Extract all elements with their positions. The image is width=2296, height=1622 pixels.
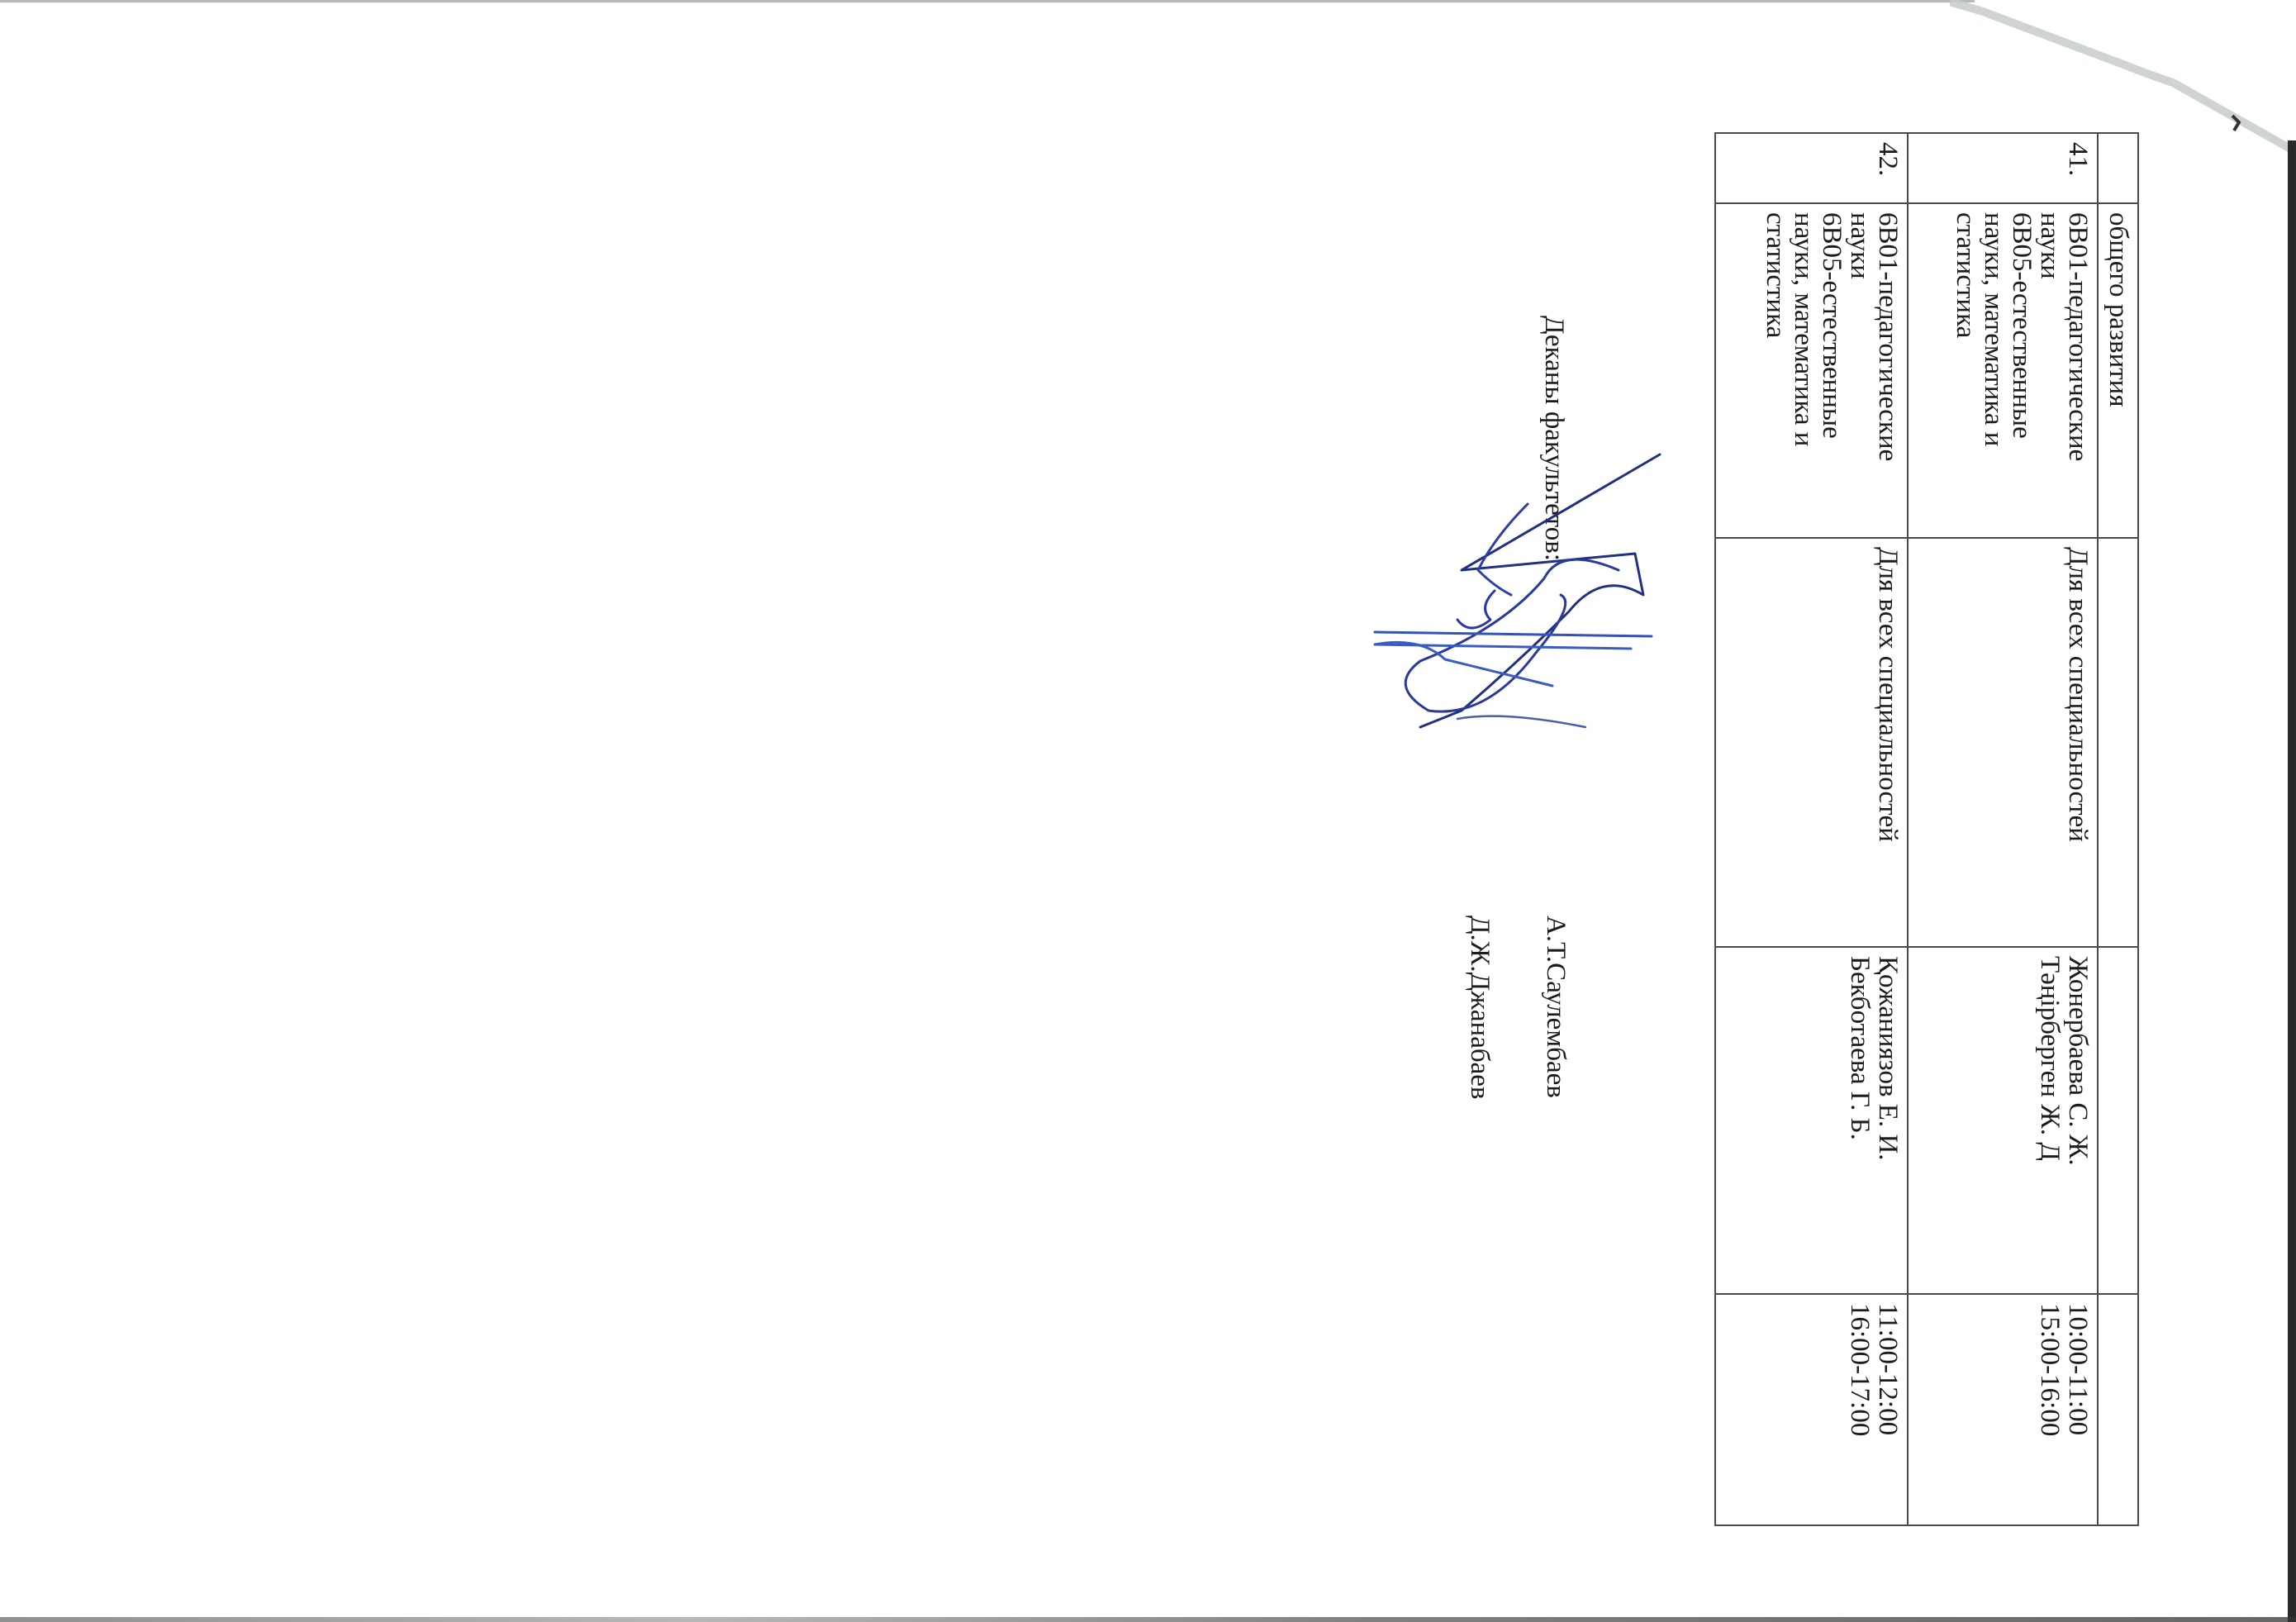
consultation-schedule-table: общего развития 41. 6В01-педагогические … bbox=[1714, 132, 2139, 1526]
cell-number bbox=[2098, 133, 2138, 203]
dean-name: А.Т.Саулембаев bbox=[1540, 916, 1571, 1098]
teacher-name: Бекботаева Г. Б. bbox=[1846, 956, 1874, 1285]
program-line: науки bbox=[2036, 212, 2064, 529]
program-line: 6В01-педагогические bbox=[1874, 212, 1902, 529]
program-line: статистика bbox=[1951, 212, 1980, 529]
program-line: 6В05-естественные bbox=[1818, 212, 1846, 529]
cell-teachers: Жонербаева С. Ж. Тәңірберген Ж. Д bbox=[1908, 947, 2098, 1294]
document-page: общего развития 41. 6В01-педагогические … bbox=[0, 0, 2296, 1622]
program-line: науки, математика и bbox=[1980, 212, 2008, 529]
cell-specialty: Для всех специальностей bbox=[1715, 538, 1908, 947]
time-slot: 10:00-11:00 bbox=[2064, 1303, 2092, 1516]
program-line: 6В01-педагогические bbox=[2064, 212, 2092, 529]
table-row-continuation: общего развития bbox=[2098, 133, 2138, 1525]
table-row: 42. 6В01-педагогические науки 6В05-естес… bbox=[1715, 133, 1908, 1525]
cell-teachers bbox=[2098, 947, 2138, 1294]
cell-teachers: Қожаниязов Е. И. Бекботаева Г. Б. bbox=[1715, 947, 1908, 1294]
cell-program: 6В01-педагогические науки 6В05-естествен… bbox=[1715, 203, 1908, 538]
cell-number: 41. bbox=[1908, 133, 2098, 203]
dean-name: Д.Ж.Джанабаев bbox=[1464, 916, 1495, 1100]
program-line: 6В05-естественные bbox=[2008, 212, 2036, 529]
cell-program: 6В01-педагогические науки 6В05-естествен… bbox=[1908, 203, 2098, 538]
cell-specialty bbox=[2098, 538, 2138, 947]
program-line: статистика bbox=[1761, 212, 1790, 529]
time-slot: 15:00-16:00 bbox=[2036, 1303, 2064, 1516]
specialty-text: Для всех специальностей bbox=[2064, 547, 2092, 938]
cell-program: общего развития bbox=[2098, 203, 2138, 538]
cell-number: 42. bbox=[1715, 133, 1908, 203]
teacher-name: Қожаниязов Е. И. bbox=[1874, 956, 1902, 1285]
cell-time: 11:00-12:00 16:00-17:00 bbox=[1715, 1294, 1908, 1525]
time-slot: 11:00-12:00 bbox=[1874, 1303, 1902, 1516]
table-row: 41. 6В01-педагогические науки 6В05-естес… bbox=[1908, 133, 2098, 1525]
program-line: науки bbox=[1846, 212, 1874, 529]
cell-specialty: Для всех специальностей bbox=[1908, 538, 2098, 947]
handwritten-signature bbox=[1371, 446, 1668, 752]
cell-time bbox=[2098, 1294, 2138, 1525]
cell-time: 10:00-11:00 15:00-16:00 bbox=[1908, 1294, 2098, 1525]
specialty-text: Для всех специальностей bbox=[1874, 547, 1902, 938]
time-slot: 16:00-17:00 bbox=[1846, 1303, 1874, 1516]
program-line: науки, математика и bbox=[1790, 212, 1818, 529]
teacher-name: Жонербаева С. Ж. bbox=[2064, 956, 2092, 1285]
teacher-name: Тәңірберген Ж. Д bbox=[2036, 956, 2064, 1285]
